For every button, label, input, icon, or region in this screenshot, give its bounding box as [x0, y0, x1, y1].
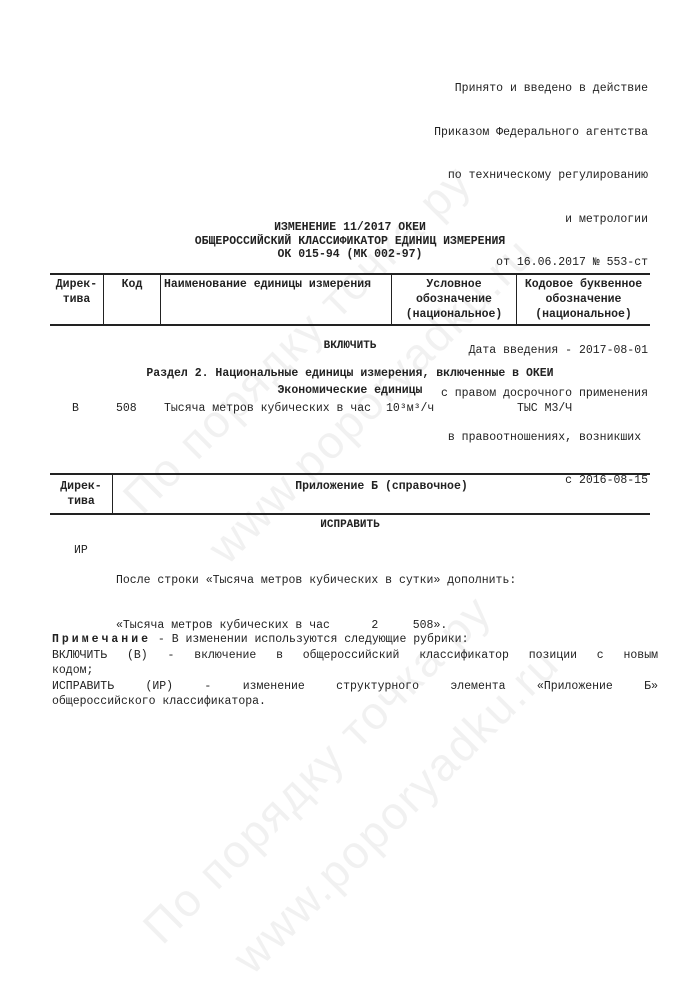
header-text: Дирек- [53, 277, 100, 292]
header-text: Дирек- [53, 479, 109, 494]
header-text: обозначение [520, 292, 647, 307]
note-intro: Примечание - В изменении используются сл… [52, 632, 658, 648]
note-item-fix-cont: общероссийского классификатора. [52, 694, 658, 710]
title-line-2: ОБЩЕРОССИЙСКИЙ КЛАССИФИКАТОР ЕДИНИЦ ИЗМЕ… [0, 235, 700, 249]
title-line-3: ОК 015-94 (МК 002-97) [0, 248, 700, 262]
entry-directive: В [72, 402, 79, 415]
note-item-include: ВКЛЮЧИТЬ (В) - включение в общероссийски… [52, 648, 658, 664]
note-item-fix: ИСПРАВИТЬ (ИР) - изменение структурного … [52, 679, 658, 695]
fix-line-1: После строки «Тысяча метров кубических в… [116, 573, 516, 588]
header-text: обозначение [395, 292, 513, 307]
note-intro-text: - В изменении используются следующие руб… [151, 633, 468, 646]
entry-row: В 508 Тысяча метров кубических в час 10³… [0, 402, 700, 418]
note-item-include-cont: кодом; [52, 663, 658, 679]
header-text: тива [53, 292, 100, 307]
header-code: Код [104, 274, 161, 325]
classifier-header-table: Дирек- тива Код Наименование единицы изм… [50, 273, 650, 326]
approval-line: Приказом Федерального агентства [434, 126, 648, 141]
header-directive: Дирек- тива [50, 274, 104, 325]
fix-line-2: «Тысяча метров кубических в час 2 508». [116, 618, 516, 633]
entry-name: Тысяча метров кубических в час [164, 402, 371, 415]
header-text: Приложение Б (справочное) [116, 479, 647, 494]
note-label: Примечание [52, 633, 151, 646]
watermark-text: По порядку точка ру [112, 154, 482, 524]
header-text: (национальное) [520, 307, 647, 322]
section-title: Раздел 2. Национальные единицы измерения… [0, 367, 700, 380]
header-text: Наименование единицы измерения [164, 277, 388, 292]
entry-code: 508 [116, 402, 137, 415]
approval-line: Принято и введено в действие [434, 82, 648, 97]
approval-line: по техническому регулированию [434, 169, 648, 184]
title-line-1: ИЗМЕНЕНИЕ 11/2017 ОКЕИ [0, 221, 700, 235]
fix-directive-code: ИР [74, 543, 88, 558]
header-text: Условное [395, 277, 513, 292]
fix-heading: ИСПРАВИТЬ [0, 519, 700, 531]
header-directive: Дирек- тива [50, 474, 113, 514]
header-text: Код [107, 277, 157, 292]
entry-letter-code: ТЫС М3/Ч [517, 402, 572, 415]
note-block: Примечание - В изменении используются сл… [52, 632, 658, 710]
header-text: Кодовое буквенное [520, 277, 647, 292]
group-title: Экономические единицы [0, 384, 700, 397]
header-letter-code: Кодовое буквенное обозначение (националь… [517, 274, 651, 325]
header-name: Наименование единицы измерения [161, 274, 392, 325]
appendix-header-table: Дирек- тива Приложение Б (справочное) [50, 473, 650, 515]
document-title: ИЗМЕНЕНИЕ 11/2017 ОКЕИ ОБЩЕРОССИЙСКИЙ КЛ… [0, 221, 700, 262]
entry-symbol: 10³м³/ч [386, 402, 434, 415]
header-appendix-title: Приложение Б (справочное) [113, 474, 651, 514]
header-text: (национальное) [395, 307, 513, 322]
header-text: тива [53, 494, 109, 509]
document-page: По порядку точка ру www.poporyadku.ru По… [0, 0, 700, 990]
include-heading: ВКЛЮЧИТЬ [0, 340, 700, 352]
header-symbol: Условное обозначение (национальное) [392, 274, 517, 325]
effective-line: в правоотношениях, возникших [434, 431, 648, 446]
